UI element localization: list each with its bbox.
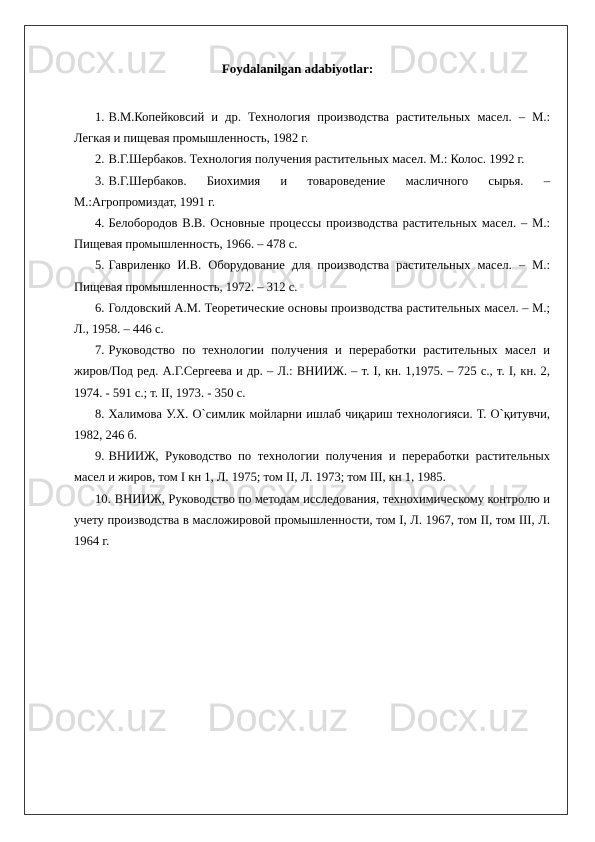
- reference-item: 2.В.Г.Шербаков. Технология получения рас…: [74, 149, 550, 170]
- reference-number: 4.: [95, 216, 104, 230]
- reference-text: В.М.Копейковсий и др. Технология произво…: [74, 110, 550, 145]
- reference-text: В.Г.Шербаков. Технология получения расти…: [108, 152, 524, 166]
- reference-item: 10.ВНИИЖ, Руководство по методам исследо…: [74, 489, 550, 553]
- reference-item: 7.Руководство по технологии получения и …: [74, 340, 550, 404]
- reference-number: 3.: [95, 174, 104, 188]
- reference-number: 10.: [95, 492, 111, 506]
- page-title: Foydalanilgan adabiyotlar:: [0, 61, 595, 77]
- reference-item: 3.В.Г.Шербаков. Биохимия и товароведение…: [74, 171, 550, 213]
- reference-text: В.Г.Шербаков. Биохимия и товароведение м…: [74, 174, 550, 209]
- reference-number: 1.: [95, 110, 104, 124]
- reference-item: 9.ВНИИЖ, Руководство по технологии получ…: [74, 446, 550, 488]
- reference-number: 5.: [95, 258, 104, 272]
- reference-item: 6.Голдовский А.М. Теоретические основы п…: [74, 298, 550, 340]
- reference-text: ВНИИЖ, Руководство по технологии получен…: [74, 449, 550, 484]
- reference-number: 8.: [95, 407, 104, 421]
- reference-text: Белобородов В.В. Основные процессы произ…: [74, 216, 550, 251]
- reference-number: 9.: [95, 449, 104, 463]
- reference-item: 5.Гавриленко И.В. Оборудование для произ…: [74, 255, 550, 297]
- reference-list: 1.В.М.Копейковсий и др. Технология произ…: [74, 107, 550, 552]
- reference-item: 1.В.М.Копейковсий и др. Технология произ…: [74, 107, 550, 149]
- reference-number: 7.: [95, 343, 104, 357]
- reference-text: Руководство по технологии получения и пе…: [74, 343, 550, 399]
- reference-text: Голдовский А.М. Теоретические основы про…: [74, 301, 550, 336]
- reference-item: 8.Халимова У.Х. О`симлик мойларни ишлаб …: [74, 404, 550, 446]
- reference-item: 4.Белобородов В.В. Основные процессы про…: [74, 213, 550, 255]
- reference-text: Гавриленко И.В. Оборудование для произво…: [74, 258, 550, 293]
- reference-number: 2.: [95, 152, 104, 166]
- reference-text: ВНИИЖ, Руководство по методам исследован…: [74, 492, 550, 548]
- reference-text: Халимова У.Х. О`симлик мойларни ишлаб чи…: [74, 407, 550, 442]
- reference-number: 6.: [95, 301, 104, 315]
